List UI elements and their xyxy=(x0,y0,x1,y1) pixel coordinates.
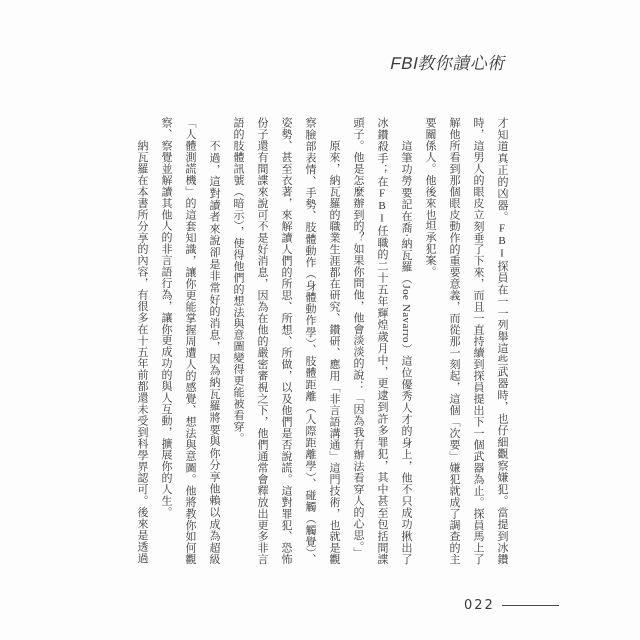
page-footer: 022 xyxy=(464,598,559,613)
paragraph-1: 才知道真正的凶器。FBI探員在一一列舉這些武器時，也仔細觀察嫌犯。當提到冰鑽時，… xyxy=(418,117,514,565)
running-head-title: FBI教你讀心術 xyxy=(388,49,509,74)
body-text-block: 才知道真正的凶器。FBI探員在一一列舉這些武器時，也仔細觀察嫌犯。當提到冰鑽時，… xyxy=(130,117,514,565)
paragraph-4: 不過，這對讀者來說卻是非常好的消息，因為納瓦羅將要與你分享他賴以成為超級「人體測… xyxy=(154,117,226,565)
page-number: 022 xyxy=(464,598,495,613)
paragraph-2: 這筆功勞要記在喬‧納瓦羅（Joe Navarro）這位優秀人才的身上，他不只成功… xyxy=(346,117,418,565)
paragraph-5: 納瓦羅在本書所分享的內容，有很多在十五年前都還未受到科學界認可。後來是透過 xyxy=(130,117,154,565)
paragraph-3: 原來，納瓦羅的職業生涯都在研究、鑽研、應用「非言語溝通」這門技術，也就是觀察臉部… xyxy=(226,117,346,565)
footer-rule-line xyxy=(502,605,559,606)
book-page: FBI教你讀心術 才知道真正的凶器。FBI探員在一一列舉這些武器時，也仔細觀察嫌… xyxy=(0,0,640,640)
